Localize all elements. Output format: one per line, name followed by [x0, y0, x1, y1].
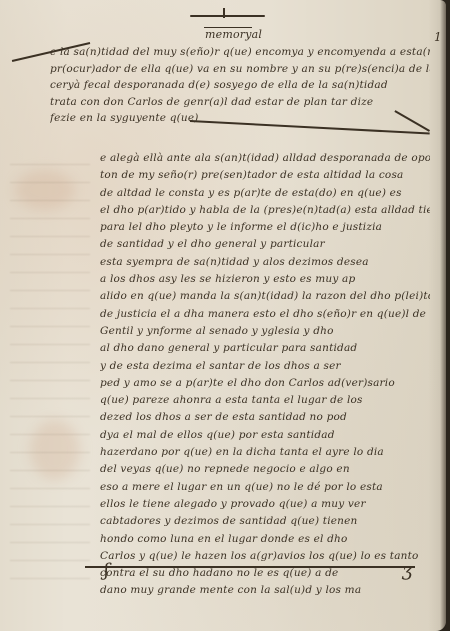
paraph-mark: ʃ — [104, 560, 109, 581]
text-line: dano muy grande mente con la sal(u)d y l… — [100, 582, 430, 599]
page-edge-shadow — [440, 0, 446, 631]
main-paragraph: e alegà ellà ante ala s(an)t(idad) allda… — [100, 150, 430, 600]
text-line: cabtadores y dezimos de santidad q(ue) t… — [100, 513, 430, 530]
text-line: Gentil y ynforme al senado y yglesia y d… — [100, 323, 430, 340]
text-line: dezed los dhos a ser de esta santidad no… — [100, 409, 430, 426]
text-line: ped y amo se a p(ar)te el dho don Carlos… — [100, 375, 430, 392]
text-line: a los dhos asy les se hizieron y esto es… — [100, 271, 430, 288]
manuscript-page: 1 memoryal e la sa(n)tidad del muy s(eño… — [0, 0, 446, 631]
text-line: de justicia el a dha manera esto el dho … — [100, 306, 430, 323]
text-line: q(ue) pareze ahonra a esta tanta el luga… — [100, 392, 430, 409]
text-line: dya el mal de ellos q(ue) por esta santi… — [100, 427, 430, 444]
text-line: contra el su dho hadano no le es q(ue) a… — [100, 565, 430, 582]
text-line: eso a mere el lugar en un q(ue) no le dé… — [100, 479, 430, 496]
text-line: al dho dano general y particular para sa… — [100, 340, 430, 357]
text-line: ton de my seño(r) pre(sen)tador de esta … — [100, 167, 430, 184]
opening-paragraph: e la sa(n)tidad del muy s(eño)r q(ue) en… — [50, 44, 430, 127]
text-line: hazerdano por q(ue) en la dicha tanta el… — [100, 444, 430, 461]
text-line: esta syempra de sa(n)tidad y alos dezimo… — [100, 254, 430, 271]
text-line: Carlos y q(ue) le hazen los a(gr)avios l… — [100, 548, 430, 565]
paraph-mark: ʒ — [402, 560, 412, 581]
text-line: de altdad le consta y es p(ar)te de esta… — [100, 185, 430, 202]
text-line: de santidad y el dho general y particula… — [100, 236, 430, 253]
closing-rule — [85, 566, 415, 568]
text-line: pr(ocur)ador de ella q(ue) va en su nomb… — [50, 61, 430, 78]
text-line: el dho p(ar)tido y habla de la (pres)e(n… — [100, 202, 430, 219]
document-title: memoryal — [205, 28, 262, 41]
text-line: para lel dho pleyto y le informe el d(ic… — [100, 219, 430, 236]
text-line: ellos le tiene alegado y provado q(ue) a… — [100, 496, 430, 513]
text-line: trata con don Carlos de genr(a)l dad est… — [50, 94, 430, 111]
text-line: alido en q(ue) manda la s(an)t(idad) la … — [100, 288, 430, 305]
text-line: hondo como luna en el lugar donde es el … — [100, 531, 430, 548]
ink-bleed-through — [10, 150, 90, 590]
text-line: y de esta dezima el santar de los dhos a… — [100, 358, 430, 375]
header-rule — [190, 15, 265, 17]
text-line: ceryà fecal desporanada d(e) sosyego de … — [50, 77, 430, 94]
text-line: e alegà ellà ante ala s(an)t(idad) allda… — [100, 150, 430, 167]
text-line: del veyas q(ue) no repnede negocio e alg… — [100, 461, 430, 478]
text-line: e la sa(n)tidad del muy s(eño)r q(ue) en… — [50, 44, 430, 61]
